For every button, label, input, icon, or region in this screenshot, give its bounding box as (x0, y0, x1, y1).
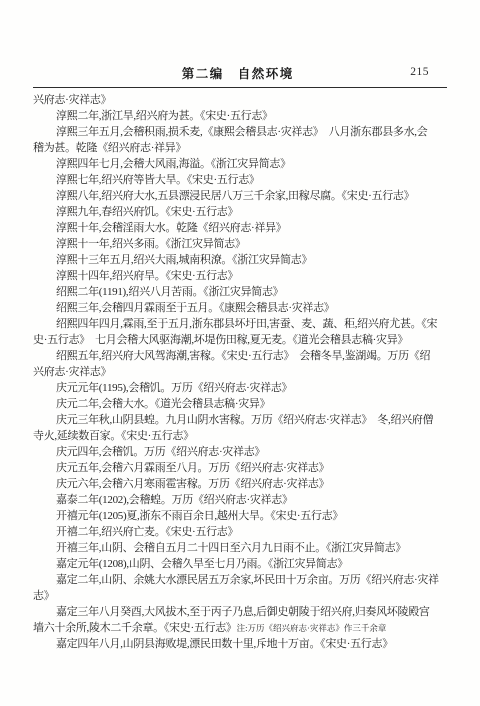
text-line-content: 庆元二年,会稽大水。《道光会稽县志稿·灾异》 (56, 398, 270, 410)
text-line-content: 庆元元年(1195),会稽饥。万历《绍兴府志·灾祥志》 (56, 382, 292, 394)
text-line: 稽为甚。乾隆《绍兴府志·祥异》 (33, 140, 447, 156)
text-line: 庆元三年秋,山阴县蝗。九月山阴水害稼。万历《绍兴府志·灾祥志》 冬,绍兴府僧 (33, 412, 447, 428)
text-line-content: 开禧二年,绍兴府亡麦。《宋史·五行志》 (56, 526, 238, 538)
text-line-content: 淳熙四年七月,会稽大风雨,海溢。《浙江灾异简志》 (56, 158, 291, 170)
text-line: 兴府志·灾祥志》 (33, 92, 447, 108)
text-line-content: 淳熙十四年,绍兴府旱。《宋史·五行志》 (56, 270, 238, 282)
text-line: 淳熙四年七月,会稽大风雨,海溢。《浙江灾异简志》 (33, 156, 447, 172)
body-text: 兴府志·灾祥志》淳熙二年,浙江旱,绍兴府为甚。《宋史·五行志》淳熙三年五月,会稽… (33, 92, 447, 652)
text-line: 开禧三年,山阴、会稽自五月二十四日至六月九日雨不止。《浙江灾异简志》 (33, 540, 447, 556)
text-line: 兴府志·灾祥志》 (33, 364, 447, 380)
text-line: 淳熙十年,会稽淫雨大水。乾隆《绍兴府志·祥异》 (33, 220, 447, 236)
text-line-content: 志》 (33, 590, 54, 602)
text-line: 庆元元年(1195),会稽饥。万历《绍兴府志·灾祥志》 (33, 380, 447, 396)
text-line: 淳熙八年,绍兴府大水,五县漂浸民居八万三千余家,田稼尽腐。《宋史·五行志》 (33, 188, 447, 204)
text-line: 绍熙四年四月,霖雨,至于五月,浙东郡县坏圩田,害蚕、麦、蔬、秬,绍兴府尤甚。《宋 (33, 316, 447, 332)
text-line-content: 绍熙二年(1191),绍兴八月苦雨。《浙江灾异简志》 (56, 286, 283, 298)
text-line: 开禧元年(1205)夏,浙东不雨百余日,越州大旱。《宋史·五行志》 (33, 508, 447, 524)
text-line-content: 兴府志·灾祥志》 (33, 366, 111, 378)
text-line-content: 寺火,延续数百家。《宋史·五行志》 (33, 430, 194, 442)
text-line: 嘉泰二年(1202),会稽蝗。万历《绍兴府志·灾祥志》 (33, 492, 447, 508)
text-line-content: 庆元三年秋,山阴县蝗。九月山阴水害稼。万历《绍兴府志·灾祥志》 冬,绍兴府僧 (56, 414, 433, 426)
text-line-content: 庆元四年,会稽饥。万历《绍兴府志·灾祥志》 (56, 446, 265, 458)
text-line-content: 嘉定元年(1208),山阴、会稽久旱至七月乃雨。《浙江灾异简志》 (56, 558, 348, 570)
text-line-content: 嘉定三年八月癸酉,大风拔木,至于丙子乃息,后御史朝陵于绍兴府,归奏风坏陵殿宫 (56, 606, 430, 618)
text-line: 绍熙五年,绍兴府大风驾海潮,害稼。《宋史·五行志》 会稽冬旱,鉴湖竭。万历《绍 (33, 348, 447, 364)
text-line: 绍熙二年(1191),绍兴八月苦雨。《浙江灾异简志》 (33, 284, 447, 300)
text-line-content: 绍熙五年,绍兴府大风驾海潮,害稼。《宋史·五行志》 会稽冬旱,鉴湖竭。万历《绍 (56, 350, 430, 362)
section-title: 第二编 自然环境 (182, 64, 294, 82)
text-line-content: 淳熙十三年五月,绍兴大雨,城南积潦。《浙江灾异简志》 (56, 254, 312, 266)
text-line-content: 开禧三年,山阴、会稽自五月二十四日至六月九日雨不止。《浙江灾异简志》 (56, 542, 406, 554)
text-line-content: 淳熙十一年,绍兴多雨。《浙江灾异简志》 (56, 238, 246, 250)
text-line: 史·五行志》 七月会稽大风驱海潮,坏堤伤田稼,夏无麦。《道光会稽县志稿·灾异》 (33, 332, 447, 348)
text-line: 志》 (33, 588, 447, 604)
text-line-content: 嘉定二年,山阴、余姚大水漂民居五万余家,坏民田十万余亩。万历《绍兴府志·灾祥 (56, 574, 439, 586)
text-line-content: 庆元五年,会稽六月霖雨至八月。万历《绍兴府志·灾祥志》 (56, 462, 329, 474)
text-line-content: 淳熙三年五月,会稽积雨,损禾麦,《康熙会稽县志·灾祥志》 八月浙东郡县多水,会 (56, 126, 427, 138)
text-line: 嘉定三年八月癸酉,大风拔木,至于丙子乃息,后御史朝陵于绍兴府,归奏风坏陵殿宫 (33, 604, 447, 620)
text-line: 淳熙十四年,绍兴府旱。《宋史·五行志》 (33, 268, 447, 284)
text-line: 庆元四年,会稽饥。万历《绍兴府志·灾祥志》 (33, 444, 447, 460)
text-line: 淳熙十一年,绍兴多雨。《浙江灾异简志》 (33, 236, 447, 252)
text-line: 嘉定二年,山阴、余姚大水漂民居五万余家,坏民田十万余亩。万历《绍兴府志·灾祥 (33, 572, 447, 588)
text-line: 淳熙九年,春绍兴府饥。《宋史·五行志》 (33, 204, 447, 220)
text-line-content: 庆元六年,会稽六月寒雨雹害稼。万历《绍兴府志·灾祥志》 (56, 478, 329, 490)
text-line: 寺火,延续数百家。《宋史·五行志》 (33, 428, 447, 444)
text-line-content: 淳熙十年,会稽淫雨大水。乾隆《绍兴府志·祥异》 (56, 222, 287, 234)
text-line-content: 开禧元年(1205)夏,浙东不雨百余日,越州大旱。《宋史·五行志》 (56, 510, 343, 522)
text-line-content: 淳熙八年,绍兴府大水,五县漂浸民居八万三千余家,田稼尽腐。《宋史·五行志》 (56, 190, 414, 202)
text-line: 淳熙十三年五月,绍兴大雨,城南积潦。《浙江灾异简志》 (33, 252, 447, 268)
text-line: 庆元二年,会稽大水。《道光会稽县志稿·灾异》 (33, 396, 447, 412)
page-header: 第二编 自然环境 215 (33, 64, 447, 84)
text-line: 庆元五年,会稽六月霖雨至八月。万历《绍兴府志·灾祥志》 (33, 460, 447, 476)
book-page: 第二编 自然环境 215 兴府志·灾祥志》淳熙二年,浙江旱,绍兴府为甚。《宋史·… (0, 0, 480, 706)
text-line: 绍熙三年,会稽四月霖雨至于五月。《康熙会稽县志·灾祥志》 (33, 300, 447, 316)
text-line: 淳熙七年,绍兴府等皆大旱。《宋史·五行志》 (33, 172, 447, 188)
header-rule (33, 87, 447, 88)
inline-note: 注:万历《绍兴府志·灾祥志》作三千余章 (237, 623, 387, 633)
text-line: 淳熙三年五月,会稽积雨,损禾麦,《康熙会稽县志·灾祥志》 八月浙东郡县多水,会 (33, 124, 447, 140)
text-line-content: 嘉定四年八月,山阴县海败堤,漂民田数十里,斥地十万亩。《宋史·五行志》 (56, 638, 393, 650)
page-number: 215 (410, 66, 429, 78)
text-line-content: 嘉泰二年(1202),会稽蝗。万历《绍兴府志·灾祥志》 (56, 494, 293, 506)
text-line: 嘉定元年(1208),山阴、会稽久旱至七月乃雨。《浙江灾异简志》 (33, 556, 447, 572)
text-line: 嘉定四年八月,山阴县海败堤,漂民田数十里,斥地十万亩。《宋史·五行志》 (33, 636, 447, 652)
text-line-content: 兴府志·灾祥志》 (33, 94, 111, 106)
text-line-content: 史·五行志》 七月会稽大风驱海潮,坏堤伤田稼,夏无麦。《道光会稽县志稿·灾异》 (33, 334, 408, 346)
text-line: 庆元六年,会稽六月寒雨雹害稼。万历《绍兴府志·灾祥志》 (33, 476, 447, 492)
text-line-content: 墙六十余所,陵木二千余章。《宋史·五行志》 (33, 622, 237, 634)
text-line: 墙六十余所,陵木二千余章。《宋史·五行志》注:万历《绍兴府志·灾祥志》作三千余章 (33, 620, 447, 636)
text-line-content: 淳熙九年,春绍兴府饥。《宋史·五行志》 (56, 206, 238, 218)
text-line-content: 稽为甚。乾隆《绍兴府志·祥异》 (33, 142, 186, 154)
text-line: 淳熙二年,浙江旱,绍兴府为甚。《宋史·五行志》 (33, 108, 447, 124)
text-line-content: 淳熙二年,浙江旱,绍兴府为甚。《宋史·五行志》 (56, 110, 273, 122)
text-line-content: 绍熙三年,会稽四月霖雨至于五月。《康熙会稽县志·灾祥志》 (56, 302, 335, 314)
text-line-content: 淳熙七年,绍兴府等皆大旱。《宋史·五行志》 (56, 174, 260, 186)
text-line: 开禧二年,绍兴府亡麦。《宋史·五行志》 (33, 524, 447, 540)
text-line-content: 绍熙四年四月,霖雨,至于五月,浙东郡县坏圩田,害蚕、麦、蔬、秬,绍兴府尤甚。《宋 (56, 318, 437, 330)
